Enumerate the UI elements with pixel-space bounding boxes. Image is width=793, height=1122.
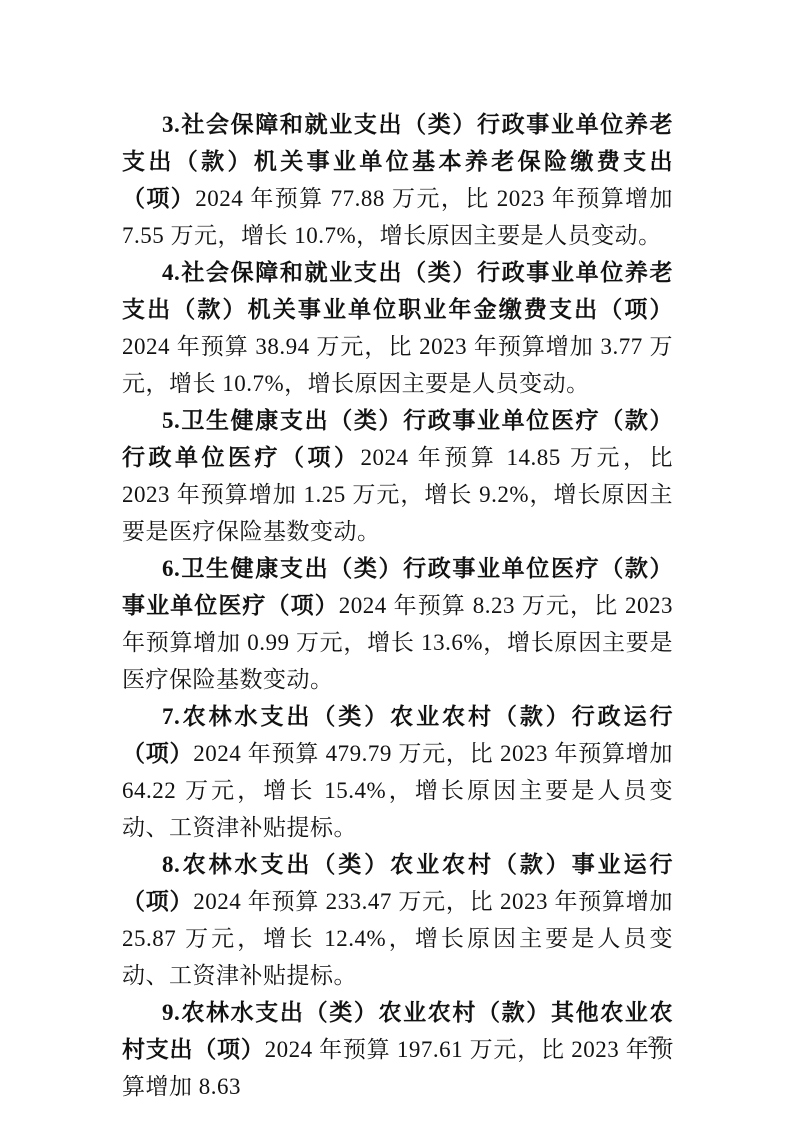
budget-item-paragraph-7: 7.农林水支出（类）农业农村（款）行政运行（项）2024 年预算 479.79 … (122, 698, 673, 846)
document-page: 3.社会保障和就业支出（类）行政事业单位养老支出（款）机关事业单位基本养老保险缴… (0, 0, 793, 1122)
budget-item-paragraph-5: 5.卫生健康支出（类）行政事业单位医疗（款）行政单位医疗（项）2024 年预算 … (122, 402, 673, 550)
budget-item-paragraph-4: 4.社会保障和就业支出（类）行政事业单位养老支出（款）机关事业单位职业年金缴费支… (122, 254, 673, 402)
budget-item-paragraph-9: 9.农林水支出（类）农业农村（款）其他农业农村支出（项）2024 年预算 197… (122, 994, 673, 1105)
budget-item-paragraph-8: 8.农林水支出（类）农业农村（款）事业运行（项）2024 年预算 233.47 … (122, 846, 673, 994)
budget-item-body: 2024 年预算 38.94 万元，比 2023 年预算增加 3.77 万元，增… (122, 334, 673, 396)
budget-item-paragraph-6: 6.卫生健康支出（类）行政事业单位医疗（款）事业单位医疗（项）2024 年预算 … (122, 550, 673, 698)
budget-item-body: 2024 年预算 479.79 万元，比 2023 年预算增加 64.22 万元… (122, 741, 673, 840)
budget-item-body: 2024 年预算 233.47 万元，比 2023 年预算增加 25.87 万元… (122, 889, 673, 988)
document-body: 3.社会保障和就业支出（类）行政事业单位养老支出（款）机关事业单位基本养老保险缴… (122, 106, 673, 1105)
budget-item-paragraph-3: 3.社会保障和就业支出（类）行政事业单位养老支出（款）机关事业单位基本养老保险缴… (122, 106, 673, 254)
budget-item-heading: 4.社会保障和就业支出（类）行政事业单位养老支出（款）机关事业单位职业年金缴费支… (122, 260, 673, 322)
page-number: - 27 - (638, 1033, 673, 1053)
budget-item-body: 2024 年预算 77.88 万元，比 2023 年预算增加 7.55 万元，增… (122, 186, 673, 248)
